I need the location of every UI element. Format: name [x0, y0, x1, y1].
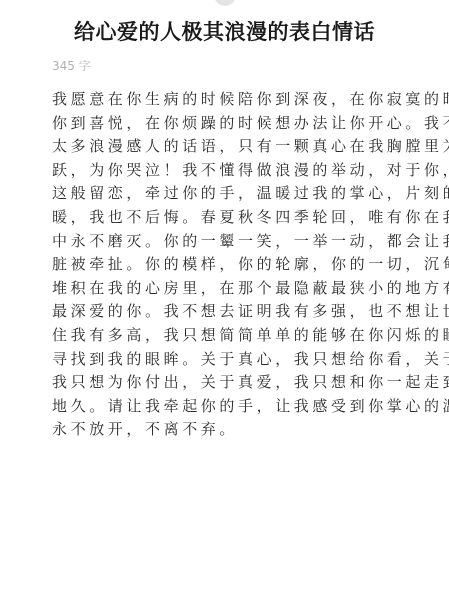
- body-line: 跃，为你哭泣！我不懂得做浪漫的举动，对于你，我是: [52, 159, 412, 183]
- body-line: 我只想为你付出，关于真爱，我只想和你一起走到天长: [52, 371, 412, 395]
- body-line: 你到喜悦，在你烦躁的时候想办法让你开心。我不会说: [52, 112, 412, 136]
- word-count: 345 字: [52, 58, 91, 74]
- pull-handle-icon: [214, 0, 236, 6]
- body-line: 寻找到我的眼眸。关于真心，我只想给你看，关于真情: [52, 348, 412, 372]
- article-title: 给心爱的人极其浪漫的表白情话: [0, 18, 449, 46]
- body-line: 最深爱的你。我不想去证明我有多强，也不想让世人记: [52, 300, 412, 324]
- body-line: 脏被牵扯。你的模样，你的轮廓，你的一切，沉甸甸地: [52, 253, 412, 277]
- body-line: 我愿意在你生病的时候陪你到深夜，在你寂寞的时候陪: [52, 88, 412, 112]
- body-line: 住我有多高，我只想简简单单的能够在你闪烁的瞳仁里: [52, 324, 412, 348]
- body-line: 这般留恋，牵过你的手，温暖过我的掌心，片刻的温: [52, 182, 412, 206]
- body-line: 暖，我也不后悔。春夏秋冬四季轮回，唯有你在我记忆: [52, 206, 412, 230]
- body-line: 地久。请让我牵起你的手，让我感受到你掌心的温柔，: [52, 395, 412, 419]
- body-line: 太多浪漫感人的话语，只有一颗真心在我胸膛里为你跳: [52, 135, 412, 159]
- body-line: 中永不磨灭。你的一颦一笑，一举一动，都会让我的心: [52, 230, 412, 254]
- article-body: 我愿意在你生病的时候陪你到深夜，在你寂寞的时候陪 你到喜悦，在你烦躁的时候想办法…: [52, 88, 412, 442]
- body-line: 永不放开，不离不弃。: [52, 418, 412, 442]
- body-line: 堆积在我的心房里，在那个最隐蔽最狭小的地方有着我: [52, 277, 412, 301]
